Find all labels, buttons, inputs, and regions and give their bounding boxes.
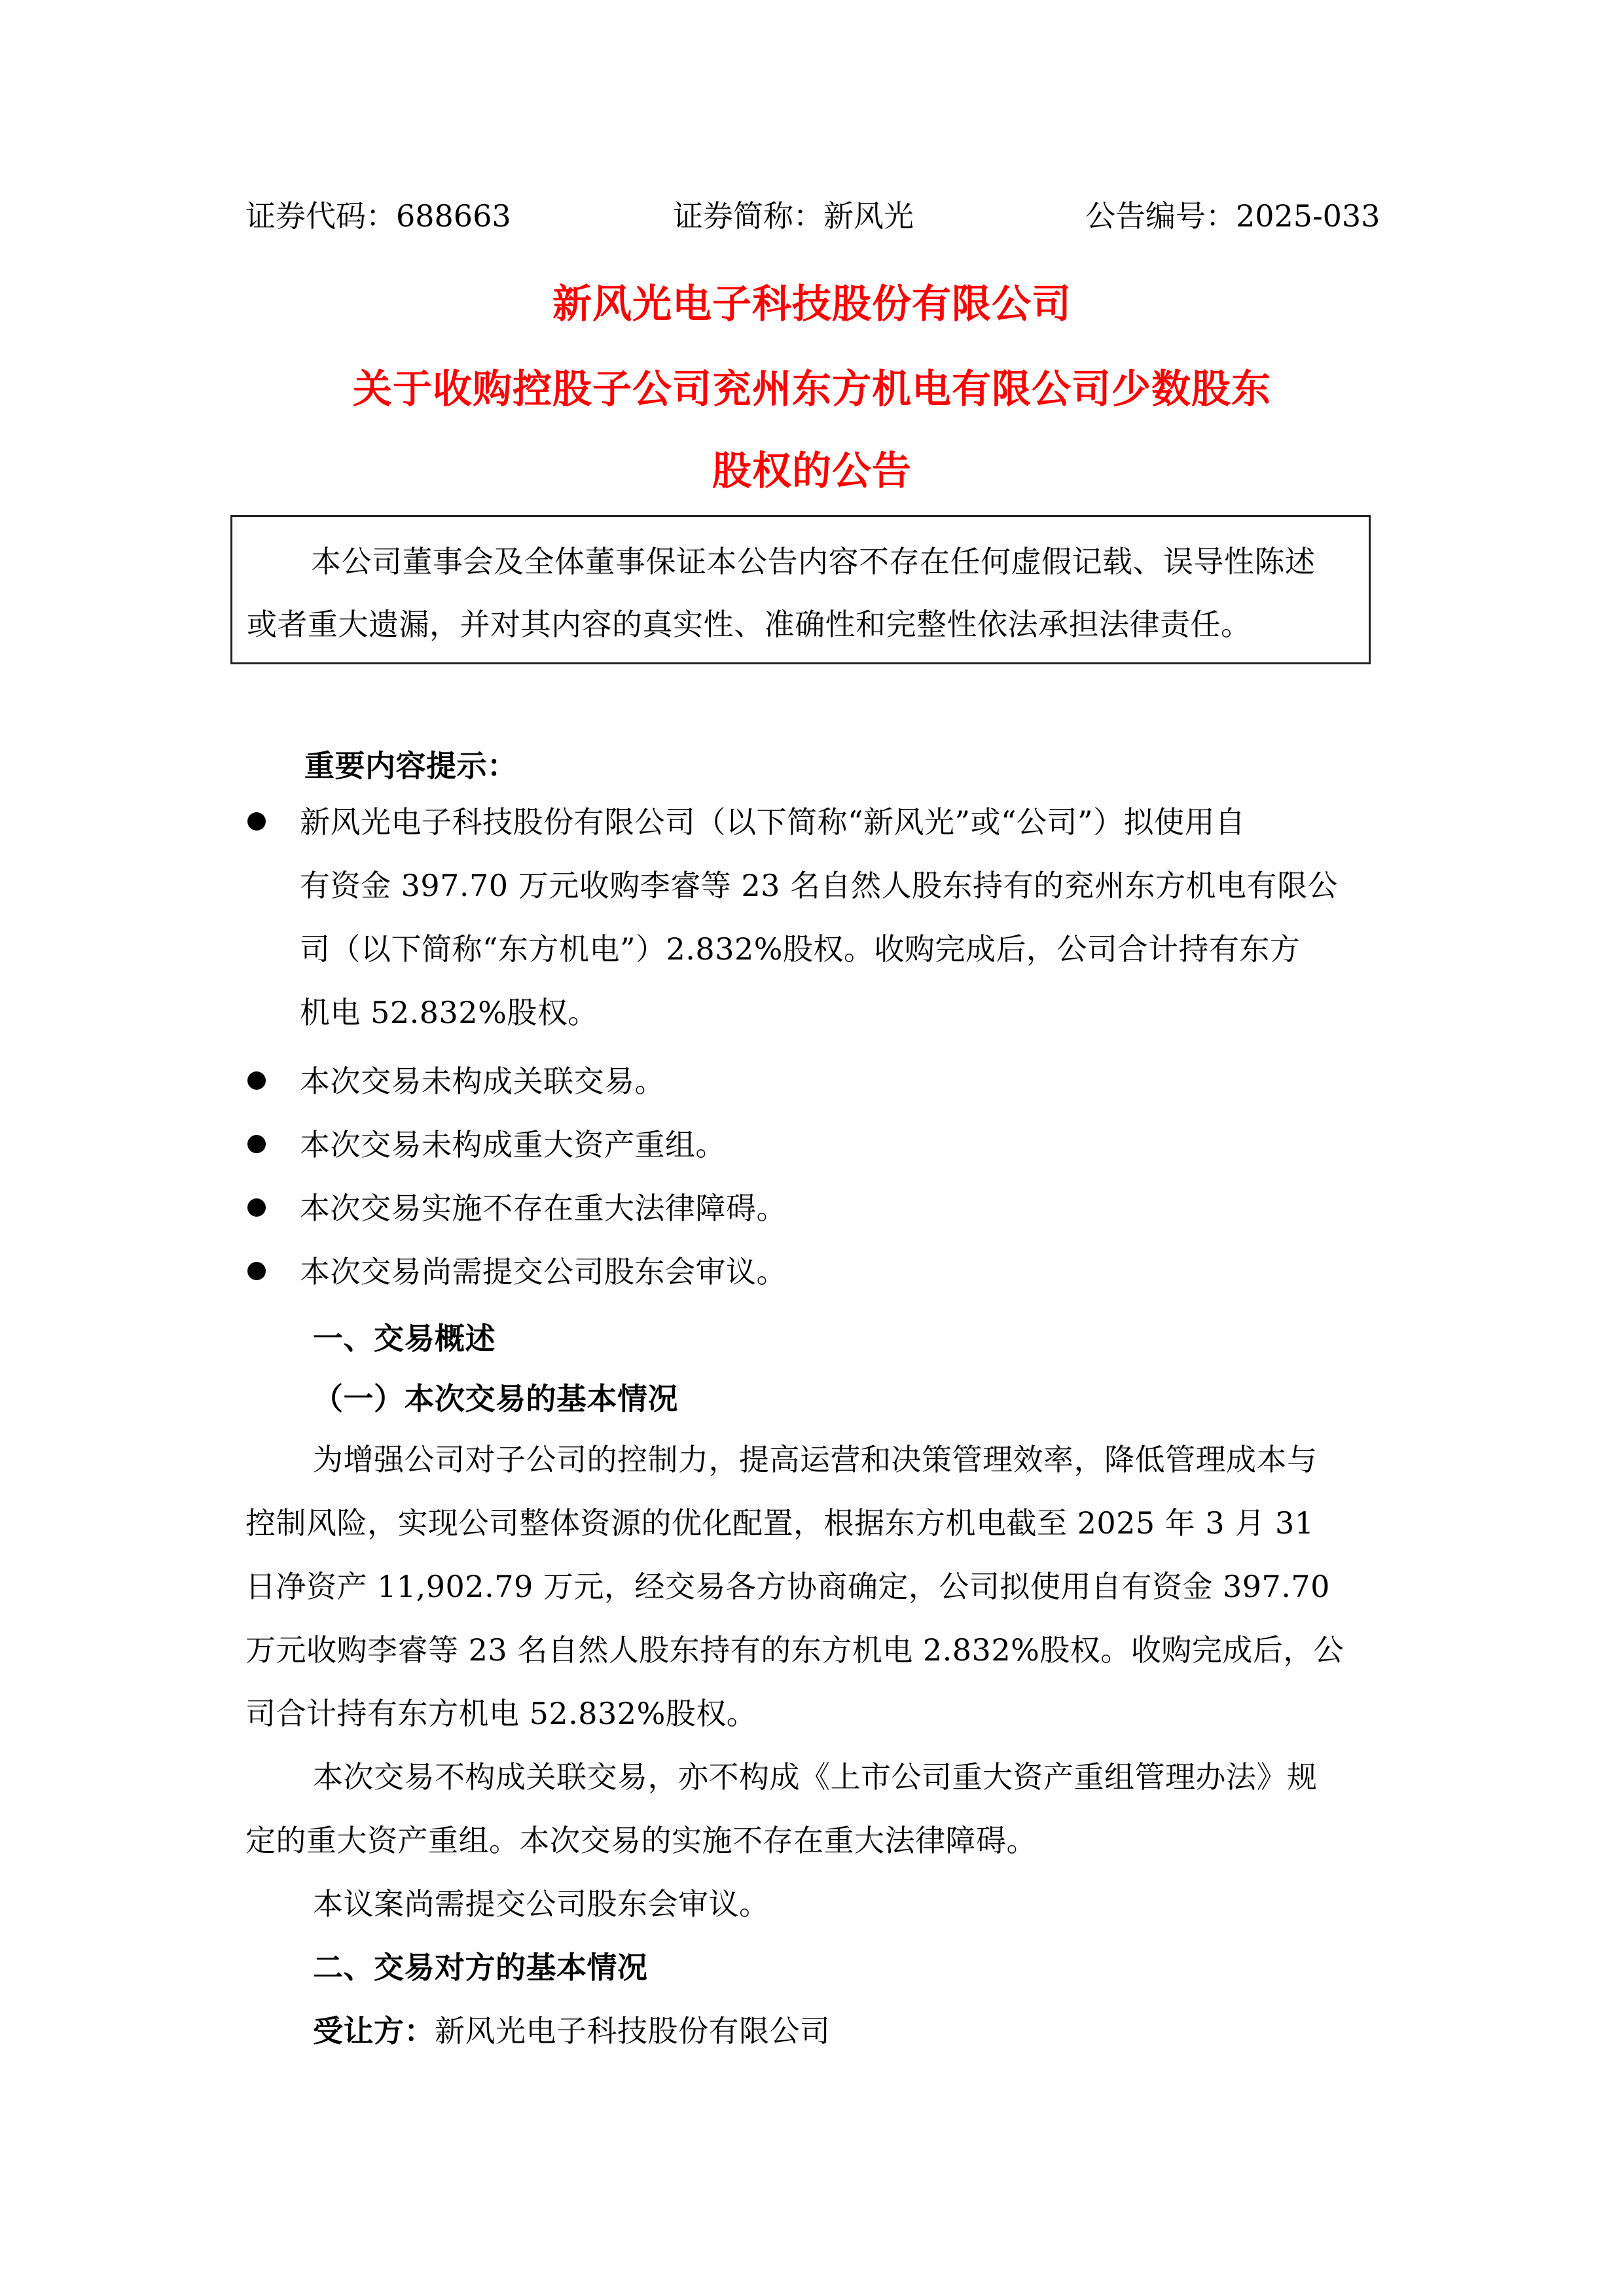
transferee-row: 受让方：新风光电子科技股份有限公司 (313, 2011, 831, 2051)
section1-paragraph: 本议案尚需提交公司股东会审议。 (313, 1884, 770, 1924)
bullet-icon (247, 1262, 266, 1280)
highlight-line: 本次交易未构成重大资产重组。 (300, 1125, 726, 1164)
disclaimer-box: 本公司董事会及全体董事保证本公告内容不存在任何虚假记载、误导性陈述 或者重大遗漏… (230, 515, 1371, 664)
title-subject: 关于收购控股子公司兖州东方机电有限公司少数股东 (0, 363, 1624, 416)
title-company: 新风光电子科技股份有限公司 (0, 278, 1624, 331)
announcement-number: 公告编号：2025-033 (1085, 196, 1380, 236)
paragraph-line: 司合计持有东方机电 52.832%股权。 (245, 1694, 757, 1733)
bullet-icon (247, 1135, 266, 1153)
section1-heading: 一、交易概述 (313, 1319, 496, 1358)
highlight-line: 机电 52.832%股权。 (300, 993, 598, 1032)
section1-subheading: （一）本次交易的基本情况 (313, 1379, 678, 1418)
highlight-line: 司（以下简称“东方机电”）2.832%股权。收购完成后，公司合计持有东方 (300, 929, 1300, 969)
paragraph-line: 万元收购李睿等 23 名自然人股东持有的东方机电 2.832%股权。收购完成后，… (245, 1630, 1344, 1670)
transferee-value: 新风光电子科技股份有限公司 (435, 2013, 831, 2049)
paragraph-line: 定的重大资产重组。本次交易的实施不存在重大法律障碍。 (245, 1821, 1037, 1860)
paragraph-line: 本次交易不构成关联交易，亦不构成《上市公司重大资产重组管理办法》规 (313, 1757, 1318, 1797)
announcement-page: 证券代码：688663 证券简称：新风光 公告编号：2025-033 新风光电子… (0, 0, 1624, 2296)
transferee-label: 受让方： (313, 2013, 435, 2049)
paragraph-line: 为增强公司对子公司的控制力，提高运营和决策管理效率，降低管理成本与 (313, 1440, 1318, 1479)
highlight-line: 有资金 397.70 万元收购李睿等 23 名自然人股东持有的兖州东方机电有限公 (300, 866, 1338, 905)
highlight-line: 新风光电子科技股份有限公司（以下简称“新风光”或“公司”）拟使用自 (300, 802, 1246, 842)
bullet-icon (247, 1071, 266, 1090)
disclaimer-line: 本公司董事会及全体董事保证本公告内容不存在任何虚假记载、误导性陈述 (311, 530, 1316, 593)
paragraph-line: 日净资产 11,902.79 万元，经交易各方协商确定，公司拟使用自有资金 39… (245, 1567, 1330, 1606)
bullet-icon (247, 1198, 266, 1217)
highlights-heading: 重要内容提示： (304, 746, 518, 785)
title-subject-cont: 股权的公告 (0, 445, 1624, 497)
section2-heading: 二、交易对方的基本情况 (313, 1948, 648, 1987)
bullet-icon (247, 812, 266, 831)
highlight-line: 本次交易尚需提交公司股东会审议。 (300, 1252, 787, 1291)
stock-short-name: 证券简称：新风光 (673, 196, 914, 236)
highlight-line: 本次交易实施不存在重大法律障碍。 (300, 1189, 787, 1228)
highlight-line: 本次交易未构成关联交易。 (300, 1062, 665, 1101)
paragraph-line: 控制风险，实现公司整体资源的优化配置，根据东方机电截至 2025 年 3 月 3… (245, 1503, 1314, 1543)
disclaimer-line: 或者重大遗漏，并对其内容的真实性、准确性和完整性依法承担法律责任。 (247, 593, 1252, 656)
stock-code: 证券代码：688663 (245, 196, 511, 236)
